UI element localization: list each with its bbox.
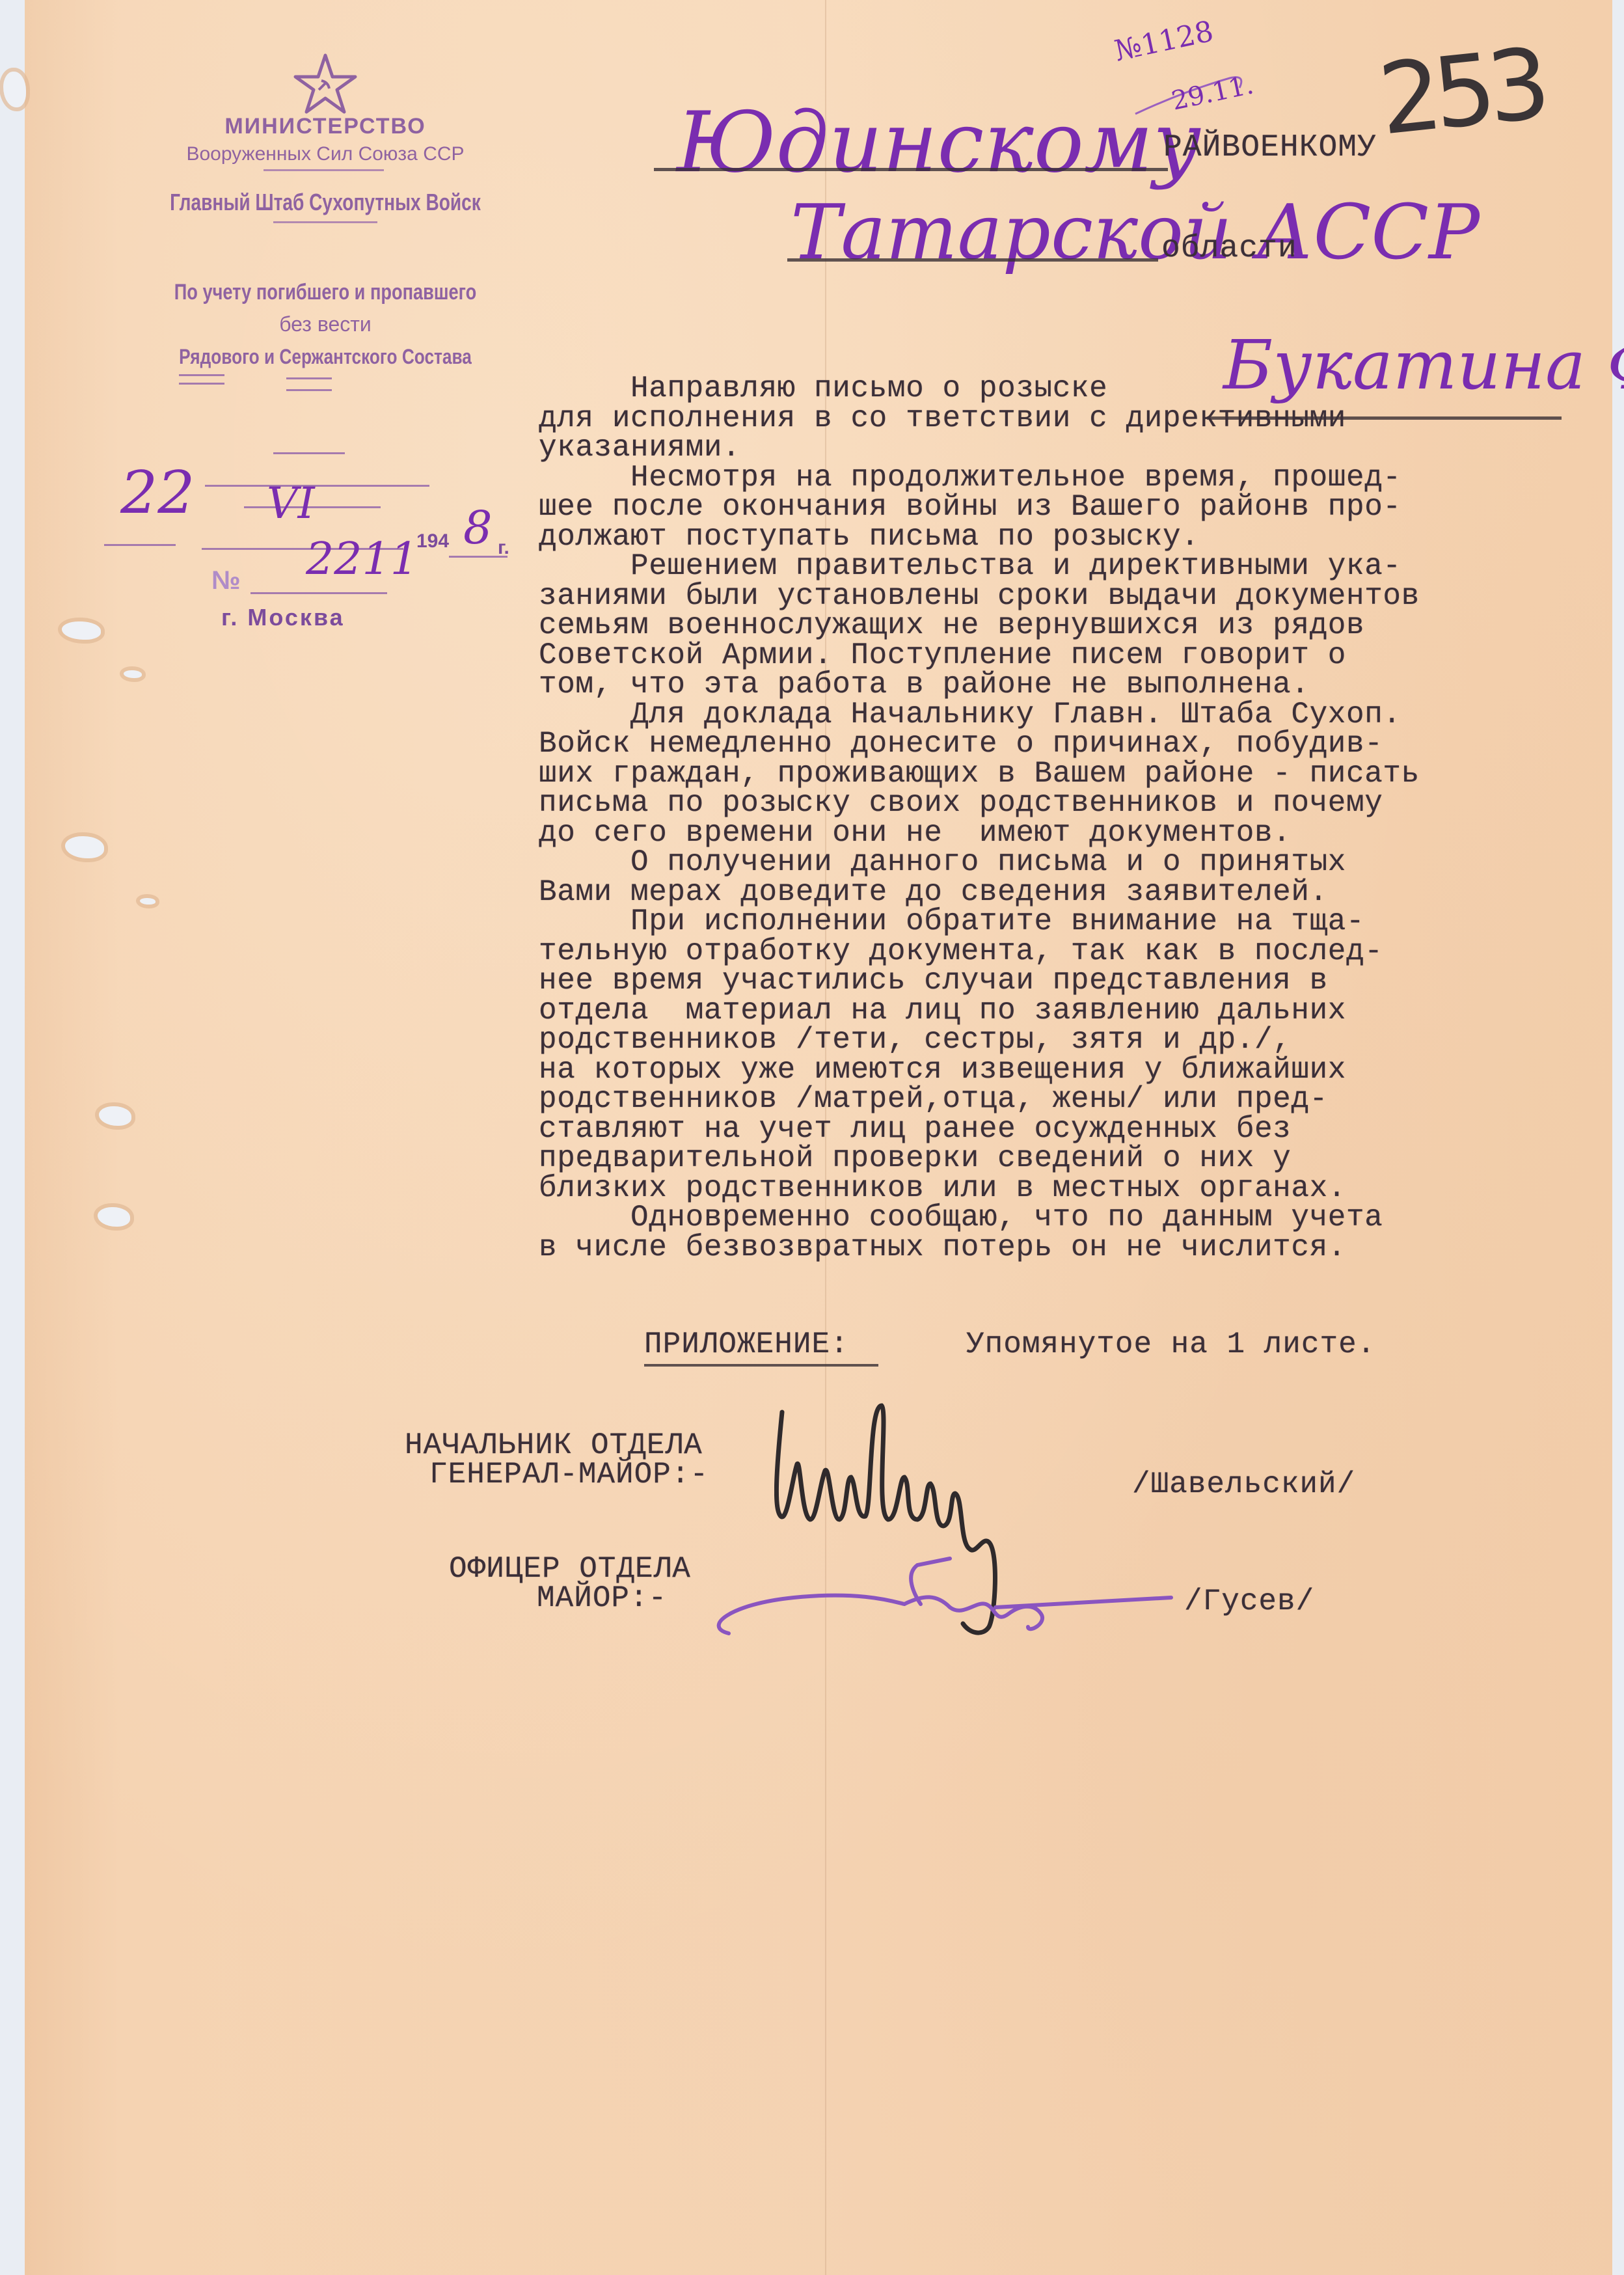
attachment-underline: [644, 1364, 878, 1367]
letter-body: Направляю письмо о розыске для исполнени…: [539, 374, 1580, 1262]
body-line: Направляю письмо о розыске: [539, 374, 1580, 404]
body-line: для исполнения в со тветствии с директив…: [539, 404, 1580, 434]
body-line: на которых уже имеются извещения у ближа…: [539, 1056, 1580, 1085]
stamp-general-staff: Главный Штаб Сухопутных Войск: [148, 189, 503, 216]
stamp-city: г. Москва: [221, 604, 345, 631]
binding-hole: [140, 898, 156, 905]
date-day: 22: [120, 459, 195, 527]
soviet-star-icon: [293, 52, 358, 117]
addressee-recipient: РАЙВОЕНКОМУ: [1163, 130, 1377, 165]
body-line: шее после окончания войны из Вашего райо…: [539, 493, 1580, 523]
body-line: При исполнении обратите внимание на тща-: [539, 907, 1580, 937]
body-line: Вами мерах доведите до сведения заявител…: [539, 878, 1580, 908]
signer-1-name: /Шавельский/: [1132, 1467, 1355, 1501]
stamp-divider: [264, 169, 384, 171]
attachment-label: ПРИЛОЖЕНИЕ:: [644, 1328, 849, 1361]
stamp-field-line: [273, 452, 345, 454]
body-line: Советской Армии. Поступление писем говор…: [539, 641, 1580, 671]
binding-hole: [3, 72, 26, 107]
body-line: родственников /тети, сестры, зятя и др./…: [539, 1026, 1580, 1056]
body-line: до сего времени они не имеют документов.: [539, 819, 1580, 849]
body-line: родственников /матрей,отца, жены/ или пр…: [539, 1085, 1580, 1115]
stamp-personnel: Рядового и Сержантского Состава: [139, 345, 512, 369]
stamp-field-line: [286, 389, 332, 391]
body-line: Решением правительства и директивными ук…: [539, 552, 1580, 582]
date-year-prefix: 194: [416, 530, 449, 552]
body-line: Войск немедленно донесите о причинах, по…: [539, 729, 1580, 759]
body-line: предварительной проверки сведений о них …: [539, 1144, 1580, 1174]
date-year-label: г.: [498, 537, 509, 559]
body-line: Одновременно сообщаю, что по данным учет…: [539, 1203, 1580, 1233]
number-value: 2211: [306, 534, 418, 585]
body-line: близких родственников или в местных орга…: [539, 1174, 1580, 1204]
addressee-region-underline: [787, 258, 1158, 262]
number-line: [250, 592, 387, 594]
body-line: письма по розыску своих родственников и …: [539, 789, 1580, 819]
body-line: отдела материал на лиц по заявлению даль…: [539, 996, 1580, 1026]
body-line: Для доклада Начальнику Главн. Штаба Сухо…: [539, 700, 1580, 730]
body-line: ших граждан, проживающих в Вашем районе …: [539, 759, 1580, 789]
date-line: [205, 485, 429, 487]
stamp-field-line: [286, 377, 332, 379]
addressee-region-typed: области: [1161, 231, 1297, 266]
addressee-region: Татарской АССР: [791, 189, 1480, 277]
body-line: нее время участились случаи представлени…: [539, 966, 1580, 996]
body-line: должают поступать письма по розыску.: [539, 523, 1580, 552]
attachment-text: Упомянутое на 1 листе.: [966, 1328, 1375, 1361]
page-number: 253: [1374, 27, 1548, 157]
stamp-field-line: [179, 383, 224, 385]
date-year-suffix: 8: [463, 501, 493, 554]
body-line: указаниями.: [539, 433, 1580, 463]
signer-1-rank: ГЕНЕРАЛ-МАЙОР:-: [429, 1458, 709, 1492]
body-line: в числе безвозвратных потерь он не числи…: [539, 1233, 1580, 1263]
stamp-ministry: МИНИСТЕРСТВО: [98, 114, 553, 139]
signer-2-rank: МАЙОР:-: [537, 1581, 667, 1615]
stamp-armed-forces: Вооруженных Сил Союза ССР: [98, 143, 553, 165]
date-month: VI: [267, 478, 315, 528]
stamp-divider: [273, 221, 377, 223]
addressee-district: Юдинскому: [677, 94, 1201, 191]
number-label: №: [211, 566, 241, 595]
body-line: семьям военнослужащих не вернувшихся из …: [539, 611, 1580, 641]
body-line: ставляют на учет лиц ранее осужденных бе…: [539, 1115, 1580, 1145]
stamp-department: По учету погибшего и пропавшего: [143, 280, 507, 305]
binding-hole: [124, 670, 142, 678]
addressee-district-underline: [654, 168, 1168, 171]
signer-2-name: /Гусев/: [1184, 1585, 1314, 1618]
date-line: [104, 544, 176, 546]
signature-gusev: [690, 1542, 1184, 1640]
body-line: О получении данного письма и о принятых: [539, 848, 1580, 878]
body-line: заниями были установлены сроки выдачи до…: [539, 582, 1580, 612]
body-line: том, что эта работа в районе не выполнен…: [539, 670, 1580, 700]
stamp-missing: без вести: [98, 312, 553, 336]
body-line: Несмотря на продолжительное время, проше…: [539, 463, 1580, 493]
body-line: тельную отработку документа, так как в п…: [539, 937, 1580, 967]
stamp-field-line: [179, 374, 224, 376]
